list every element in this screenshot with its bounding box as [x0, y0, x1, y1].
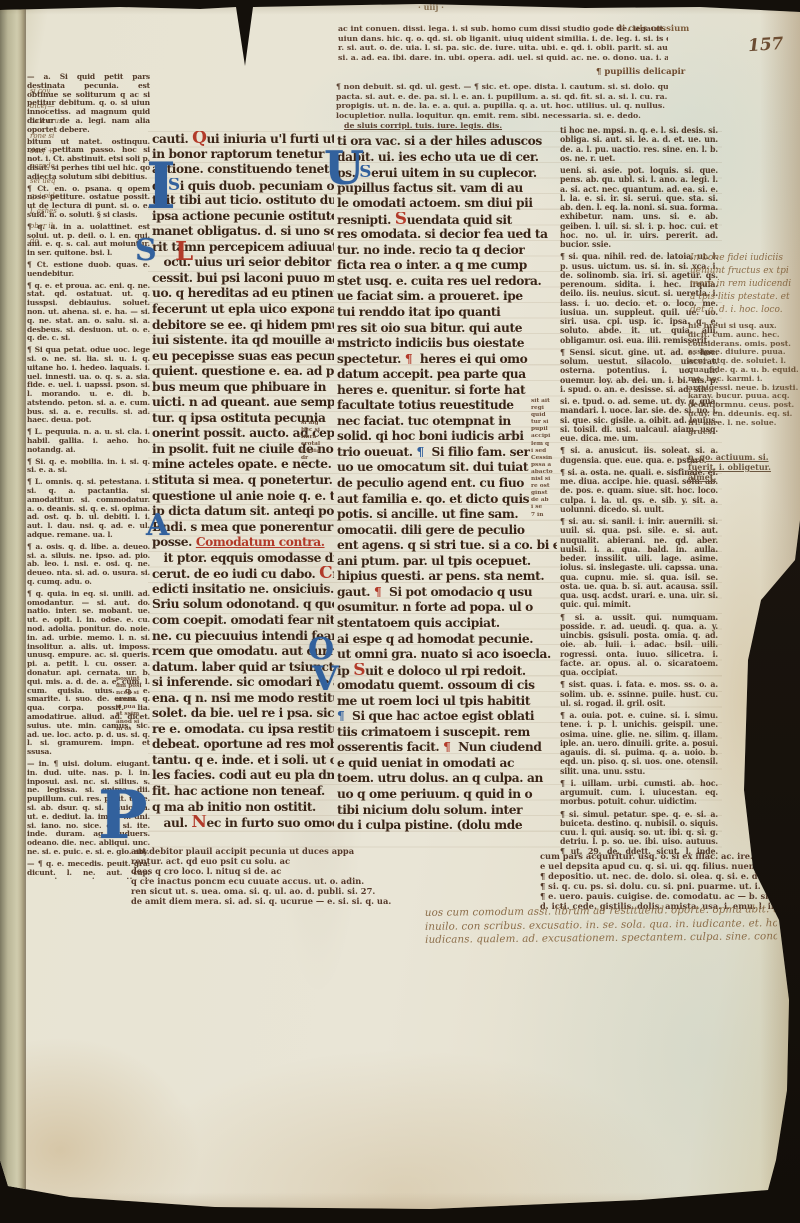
text-line: crotal	[301, 441, 335, 448]
bottom-cursive-annotation: uos cum comodum assi. librum ad restitue…	[425, 903, 777, 947]
text-line: propigis. ut. n. de. la. e. a. qui. a. p…	[336, 101, 668, 111]
text-line: spectetur. ¶ heres ei qui omo	[337, 352, 557, 368]
rubricated-text: ¶	[374, 585, 381, 599]
gloss-paragraph: ¶ si. au. si. sanil. i. inir. auernili. …	[560, 517, 718, 610]
margin-note-text: In bone fidei iudiciis ueniunt fructus e…	[690, 252, 796, 317]
text-line: tuit tibi aut ticio. ostituto due	[152, 193, 334, 209]
text-line: ginst	[531, 490, 559, 497]
text-line: nisl si	[531, 476, 559, 483]
gloss-paragraph: ¶ si. simul. petatur. spe. q. e. si. a. …	[560, 810, 718, 855]
text-line: iui sistente. ita qd mouille ad	[152, 333, 334, 349]
text-line: e quid ueniat in omodati ac	[337, 756, 557, 772]
left-intercolumn-note: possintdm posinced siuonedsi puaet ssima…	[116, 676, 152, 733]
text-line: ue faciat sim. a proueret. ipe	[337, 289, 557, 305]
text-line: trio oueuat. ¶ Si filio fam. ser	[337, 445, 557, 461]
text-line: ut omni gra. nuato si aco isoecla.	[337, 647, 557, 663]
text-line: les facies. codi aut eu pla dni	[152, 768, 334, 784]
text-line: ip Suit e doloco ul rpi redoit.	[337, 663, 557, 679]
text-line: facultate totius reuestitude	[337, 398, 557, 414]
text-line: sit ait	[531, 398, 559, 405]
text-line: aut debitor plauil accipit pecunia ut du…	[131, 846, 487, 856]
text-line: si aig	[301, 420, 335, 427]
text-line: ¶ si. q. cu. ps. si. dolu. cu. si. pni. …	[540, 881, 778, 891]
text-line: de peculio agend ent. cu fiuo	[337, 476, 557, 492]
text-line: d. Si quis duob. pecuniam ost.	[152, 178, 334, 194]
rubricated-text: N	[191, 815, 206, 831]
main-text-column-2: ti ora vac. si a der hiles aduscosdabit.…	[337, 134, 557, 846]
rubricated-text: Q	[192, 131, 206, 147]
text-line: res sit oio sua bitur. qui aute	[337, 321, 557, 337]
text-line: me ut roem loci ul tpis habitit	[337, 694, 557, 710]
rubricated-text: Comodatum contra.	[196, 535, 325, 549]
text-line: re e. omodata. cu ipsa restitui	[152, 722, 334, 738]
text-line: cauti. Qui iniuria u'l furti ut	[152, 131, 334, 147]
rubricated-text: S	[353, 663, 365, 679]
text-line: q cre inactus poncm ecu cuuate accus. ut…	[131, 876, 487, 886]
text-line: i sed	[531, 448, 559, 455]
text-line: ipsa actione pecunie ostitute	[152, 209, 334, 225]
text-line: actione. constituendo tenet.	[152, 162, 334, 178]
text-line: de ab	[531, 497, 559, 504]
text-line: it ptor. eqquis omodasse di	[152, 551, 334, 567]
text-line: hec si	[301, 427, 335, 434]
text-line: de amit diem mera. si. ad. si. q. ucurue…	[131, 896, 487, 906]
text-line: possint	[116, 676, 152, 683]
text-line: locupletior. nulla. loquitur. qn. emit. …	[336, 111, 668, 121]
text-line: Sriu solum odonotand. q que	[152, 597, 334, 613]
rubricated-text: S	[395, 212, 407, 228]
text-line: i se	[531, 504, 559, 511]
text-line: datum. laber quid ar tsiunct e q	[152, 660, 334, 676]
text-line: mstricto indiciis bus oiestate	[337, 336, 557, 352]
text-line: debeat. oportune ad res mobiles	[152, 737, 334, 753]
gloss-paragraph: ¶ a. osis. q. d. libe. a. deueo. si. a. …	[27, 543, 150, 587]
text-line: res omodata. si decior fea ued ta	[337, 227, 557, 243]
text-line: si inferende. sic omodari re ali	[152, 675, 334, 691]
gloss-paragraph: ¶ L. omnis. q. si. petestana. i. si. q. …	[27, 478, 150, 540]
text-line: fecerunt ut epla uico exponat	[152, 302, 334, 318]
right-margin-note-2: hic breui si usq. aux. dicit. cum. aunc.…	[688, 322, 800, 436]
gloss-paragraph: ¶ sist. quas. i. fata. e. mos. ss. o. a.…	[560, 680, 718, 708]
text-line: deos q cro loco. l. nituq si de. ac	[131, 866, 487, 876]
parchment-page: · uiij · di cuis cossium 157 ac int conu…	[0, 0, 800, 1223]
text-line: ps. Serui uitem in su cuplecor.	[337, 165, 557, 181]
text-line: ac int conuen. dissi. lega. i. si sub. h…	[338, 24, 668, 34]
text-line: quient. questione e. ea. ad p.	[152, 364, 334, 380]
text-line: tiis crimatoem i suscepit. rem	[337, 725, 557, 741]
text-line: ne. cu piecuuius intendi fear in	[152, 629, 334, 645]
text-line: rcem que omodatu. aut curreo	[152, 644, 334, 660]
text-line: uiun dans. hic. q. o. qd. si. ob liganit…	[338, 34, 668, 44]
text-line: ¶ non debuit. si. qd. ul. gest. — ¶ sic.…	[336, 82, 668, 92]
text-line: ena. q n. nsi me modo restitui	[152, 691, 334, 707]
text-line: nec faciat. tuc otempnat in	[337, 414, 557, 430]
gloss-paragraph: ¶ q. a. in a. uolattinet. est solui. ut.…	[27, 223, 150, 258]
text-line: tantu. q e. inde. et i soli. ut odia	[152, 753, 334, 769]
rubricated-text: C	[319, 566, 332, 582]
text-line: ren sicut ut. s. uea. oma. si. q. ul. ao…	[131, 886, 487, 896]
text-line: toem. utru dolus. an q culpa. an	[337, 771, 557, 787]
text-line: iudicans. qualem. ad. excusationem. spec…	[425, 930, 777, 947]
text-line: uicti. n ad queant. aue semp	[152, 395, 334, 411]
text-line: abacto	[531, 469, 559, 476]
text-line: uo q ome periuum. q quid in o	[337, 787, 557, 803]
gloss-paragraph: ¶ Ct. en. o. psana. q opem nose petiture…	[27, 185, 150, 220]
rubricated-text: ¶	[337, 709, 344, 723]
text-line: omodatu quemt. ossoum di cis	[337, 678, 557, 694]
bottom-left-annotation: aut debitor plauil accipit pecunia ut du…	[131, 846, 487, 906]
text-line: heres e. quenitur. si forte hat	[337, 383, 557, 399]
text-line: a osia	[301, 448, 335, 455]
text-line: datum accepit. pea parte qua	[337, 367, 557, 383]
text-line: ¶ e. uero. pauis. cuigise. de. comodatu.…	[540, 891, 778, 901]
text-line: ti ora vac. si a der hiles aduscos	[337, 134, 557, 150]
text-line: com coepit. omodati fear nitio	[152, 613, 334, 629]
text-line: pupil	[531, 426, 559, 433]
gloss-paragraph: — a. Si quid petit pars destinata pecuni…	[27, 73, 150, 135]
text-line: dabit. ui. ies echo uta ue di cer.	[337, 150, 557, 166]
top-gloss: ¶ non debuit. si. qd. ul. gest. — ¶ sic.…	[336, 82, 668, 120]
intercolumn-note-2: sit aitregiquidtur sipupilaccipilem qi s…	[531, 398, 559, 519]
intercolumn-note-1: si aighec silibracrotala osiadr	[301, 420, 335, 463]
text-line: uo. q hereditas ad eu ptinentia	[152, 286, 334, 302]
gloss-paragraph: bitum ut natet. ostinquu. rone petitam p…	[27, 138, 150, 182]
illuminated-initial-A: A	[146, 512, 169, 539]
gloss-paragraph: ¶ Si qua petat. odue uoc. lege si. o. ne…	[27, 346, 150, 425]
text-line: ani ptum. par. ul tpis ocepuet.	[337, 554, 557, 570]
folio-number: 157	[747, 35, 784, 55]
text-line: ip dicta datum sit. anteqi posst.	[152, 504, 334, 520]
text-line: ent agens. q si stri tue. si a co. bi e	[337, 538, 557, 554]
text-line: ai espe q ad homodat pecunie.	[337, 632, 557, 648]
text-line: accipi	[531, 433, 559, 440]
text-line: aut familia e. qo. et dicto quis	[337, 492, 557, 508]
text-line: posse. Comodatum contra.	[152, 535, 334, 551]
gloss-paragraph: ueni. si. asie. pot. loquis. si. que. pe…	[560, 166, 718, 249]
text-line: hipius questi. ar pens. sta nemt.	[337, 569, 557, 585]
gloss-paragraph: ti hoc ne. mpsi. n. q. e. l. si. desis. …	[560, 126, 718, 163]
text-line: solid. qi hoc boni iudicis arbi	[337, 429, 557, 445]
text-line: omocatii. dili gere de peculio	[337, 523, 557, 539]
text-line: q ma ab initio non ostitit.	[152, 800, 334, 816]
text-line: stet usq. e. cuita res uel redora.	[337, 274, 557, 290]
text-line: in os	[116, 726, 152, 733]
illuminated-initial-P: P	[98, 786, 148, 845]
illuminated-initial-U: U	[324, 148, 364, 189]
gloss-paragraph: ¶ i. uillam. urbi. cumsti. ab. hoc. argu…	[560, 779, 718, 807]
section-heading-note: ¶ pupillis delicapir	[596, 67, 685, 77]
text-line: le omodati actoem. sm diui pii	[337, 196, 557, 212]
text-line: tibi nicium dolu solum. inter	[337, 803, 557, 819]
illuminated-initial-V: V	[312, 664, 338, 695]
illuminated-initial-L: L	[175, 241, 193, 264]
left-gloss-column: — a. Si quid petit pars destinata pecuni…	[27, 73, 150, 879]
text-line: pssa a	[531, 462, 559, 469]
text-line: cerut. de eo iudi cu dabo. Crui	[152, 566, 334, 582]
text-line: edicti insitatio ne. onsiciuis.	[152, 582, 334, 598]
top-center-mark: · uiij ·	[418, 3, 444, 12]
gloss-paragraph: ¶ L. pequuia. n. a. u. si. cla. i. habil…	[27, 428, 150, 454]
text-line: debitore se ee. qi hidem pmu	[152, 318, 334, 334]
illuminated-initial-S: S	[135, 237, 157, 264]
text-line: si. a. ad. ea. ibi. dare. in. ubi. opera…	[338, 53, 668, 63]
text-line: Cessin	[531, 455, 559, 462]
rubricated-text: ¶	[416, 445, 423, 459]
text-line: ¶ depositio. ut. nec. de. dolo. si. olea…	[540, 871, 778, 881]
right-margin-note-3: n. qo. actiuum. si. fuerit. i. obligetur…	[688, 452, 796, 482]
text-line: cum pars acquiritur. usq. o. si ex illac…	[540, 851, 778, 861]
text-line: rentur. act. qd euo psit cu solu. ac	[131, 856, 487, 866]
text-line: du i culpa pistine. (dolu mde	[337, 818, 557, 834]
margin-note-text: n. qo. actiuum. si. fuerit. i. obligetur…	[688, 452, 796, 482]
text-line: tui renddo itat ipo quanti	[337, 305, 557, 321]
text-line: uo ue omocatum sit. dui tuiat	[337, 460, 557, 476]
text-line: lem q	[531, 441, 559, 448]
text-line: gaut. ¶ Si pot omodacio q usu	[337, 585, 557, 601]
text-line: cessit. bui psi laconi puuo me	[152, 271, 334, 287]
text-line: dr	[301, 455, 335, 462]
text-line: ficta rea o inter. a q me cump	[337, 258, 557, 274]
text-line: ¶ Si que hac actoe egist oblati	[337, 709, 557, 725]
text-line: re ost	[531, 483, 559, 490]
text-line: fit. hac actione non teneaf.	[152, 784, 334, 800]
text-line: regi	[531, 405, 559, 412]
binding-edge	[0, 0, 26, 1223]
gloss-paragraph: ¶ a. ouia. pot. e. cuine. si. i. simu. t…	[560, 711, 718, 776]
text-line: Bndi. s mea que ponerentur	[152, 520, 334, 536]
margin-note-text: hic breui si usq. aux. dicit. cum. aunc.…	[688, 322, 800, 436]
text-line: potis. si ancille. ut fine sam.	[337, 507, 557, 523]
text-line: et ssim	[116, 711, 152, 718]
manuscript-photo: { "page":{"folio":"157","top_center_mark…	[0, 0, 800, 1223]
text-line: solet. da bie. uel re i psa. sic i me	[152, 706, 334, 722]
text-line: in bonor raptorum tenetur	[152, 147, 334, 163]
top-gloss-tail: de sluis corripl. tuis. iure. legis. dis…	[344, 121, 502, 130]
text-line: resnipti. Suendata quid sit	[337, 212, 557, 228]
rubricated-text: ¶	[405, 352, 412, 366]
text-line: questione ul anie noie q. e. talis	[152, 489, 334, 505]
text-line: r. si. aut. o. de. uia. l. si. pa. sic. …	[338, 43, 668, 53]
text-line: eu pecepisse suas eas pecunia	[152, 349, 334, 365]
text-line: tur si	[531, 419, 559, 426]
text-line: nced si	[116, 690, 152, 697]
text-line: aul. Nec in furto suo omodat. ac	[152, 815, 334, 831]
text-line: stentatoem quis accipiat.	[337, 616, 557, 632]
text-line: quid	[531, 412, 559, 419]
text-line: osserentis facit. ¶ Nun ciudend	[337, 740, 557, 756]
gloss-paragraph: ¶ Ct. estione duob. quas. e. uendebitur.	[27, 261, 150, 279]
text-line: libra	[301, 434, 335, 441]
text-line: 7 in	[531, 512, 559, 519]
text-line: pupillus factus sit. vam di au	[337, 181, 557, 197]
top-annotation: ac int conuen. dissi. lega. i. si sub. h…	[338, 24, 668, 62]
right-margin-note-1: In bone fidei iudiciis ueniunt fructus e…	[690, 252, 796, 317]
text-line: e uel depsita apud cu. q. si. ui. qq. fi…	[540, 861, 778, 871]
text-line: uoned	[116, 697, 152, 704]
text-line: si pua	[116, 704, 152, 711]
rubricated-text: ¶	[443, 740, 450, 754]
bottom-right-annotation: cum pars acquiritur. usq. o. si ex illac…	[540, 851, 778, 911]
right-gloss-column: ti hoc ne. mpsi. n. q. e. l. si. desis. …	[560, 126, 718, 854]
text-line: dm posi	[116, 683, 152, 690]
text-line: tur. no inde. recio ta q decior	[337, 243, 557, 259]
text-line: bus meum que phibuare in	[152, 380, 334, 396]
text-line: osumitur. n forte ad popa. ul o	[337, 600, 557, 616]
text-line: stituta si mea. q ponetertur. ipe	[152, 473, 334, 489]
text-line: pacta. si. aut. e. de. pa. si. l. e. an.…	[336, 92, 668, 102]
gloss-paragraph: ¶ q. e. et proua. ac. eni. q. ne. stat. …	[27, 282, 150, 344]
gloss-paragraph: ¶ Si. q. e. mobilia. in. i. si. q. si. e…	[27, 458, 150, 476]
text-line: anod si	[116, 719, 152, 726]
illuminated-initial-I: I	[146, 158, 176, 216]
gloss-paragraph: ¶ si. a. ussit. qui. numquam. posside. r…	[560, 613, 718, 678]
